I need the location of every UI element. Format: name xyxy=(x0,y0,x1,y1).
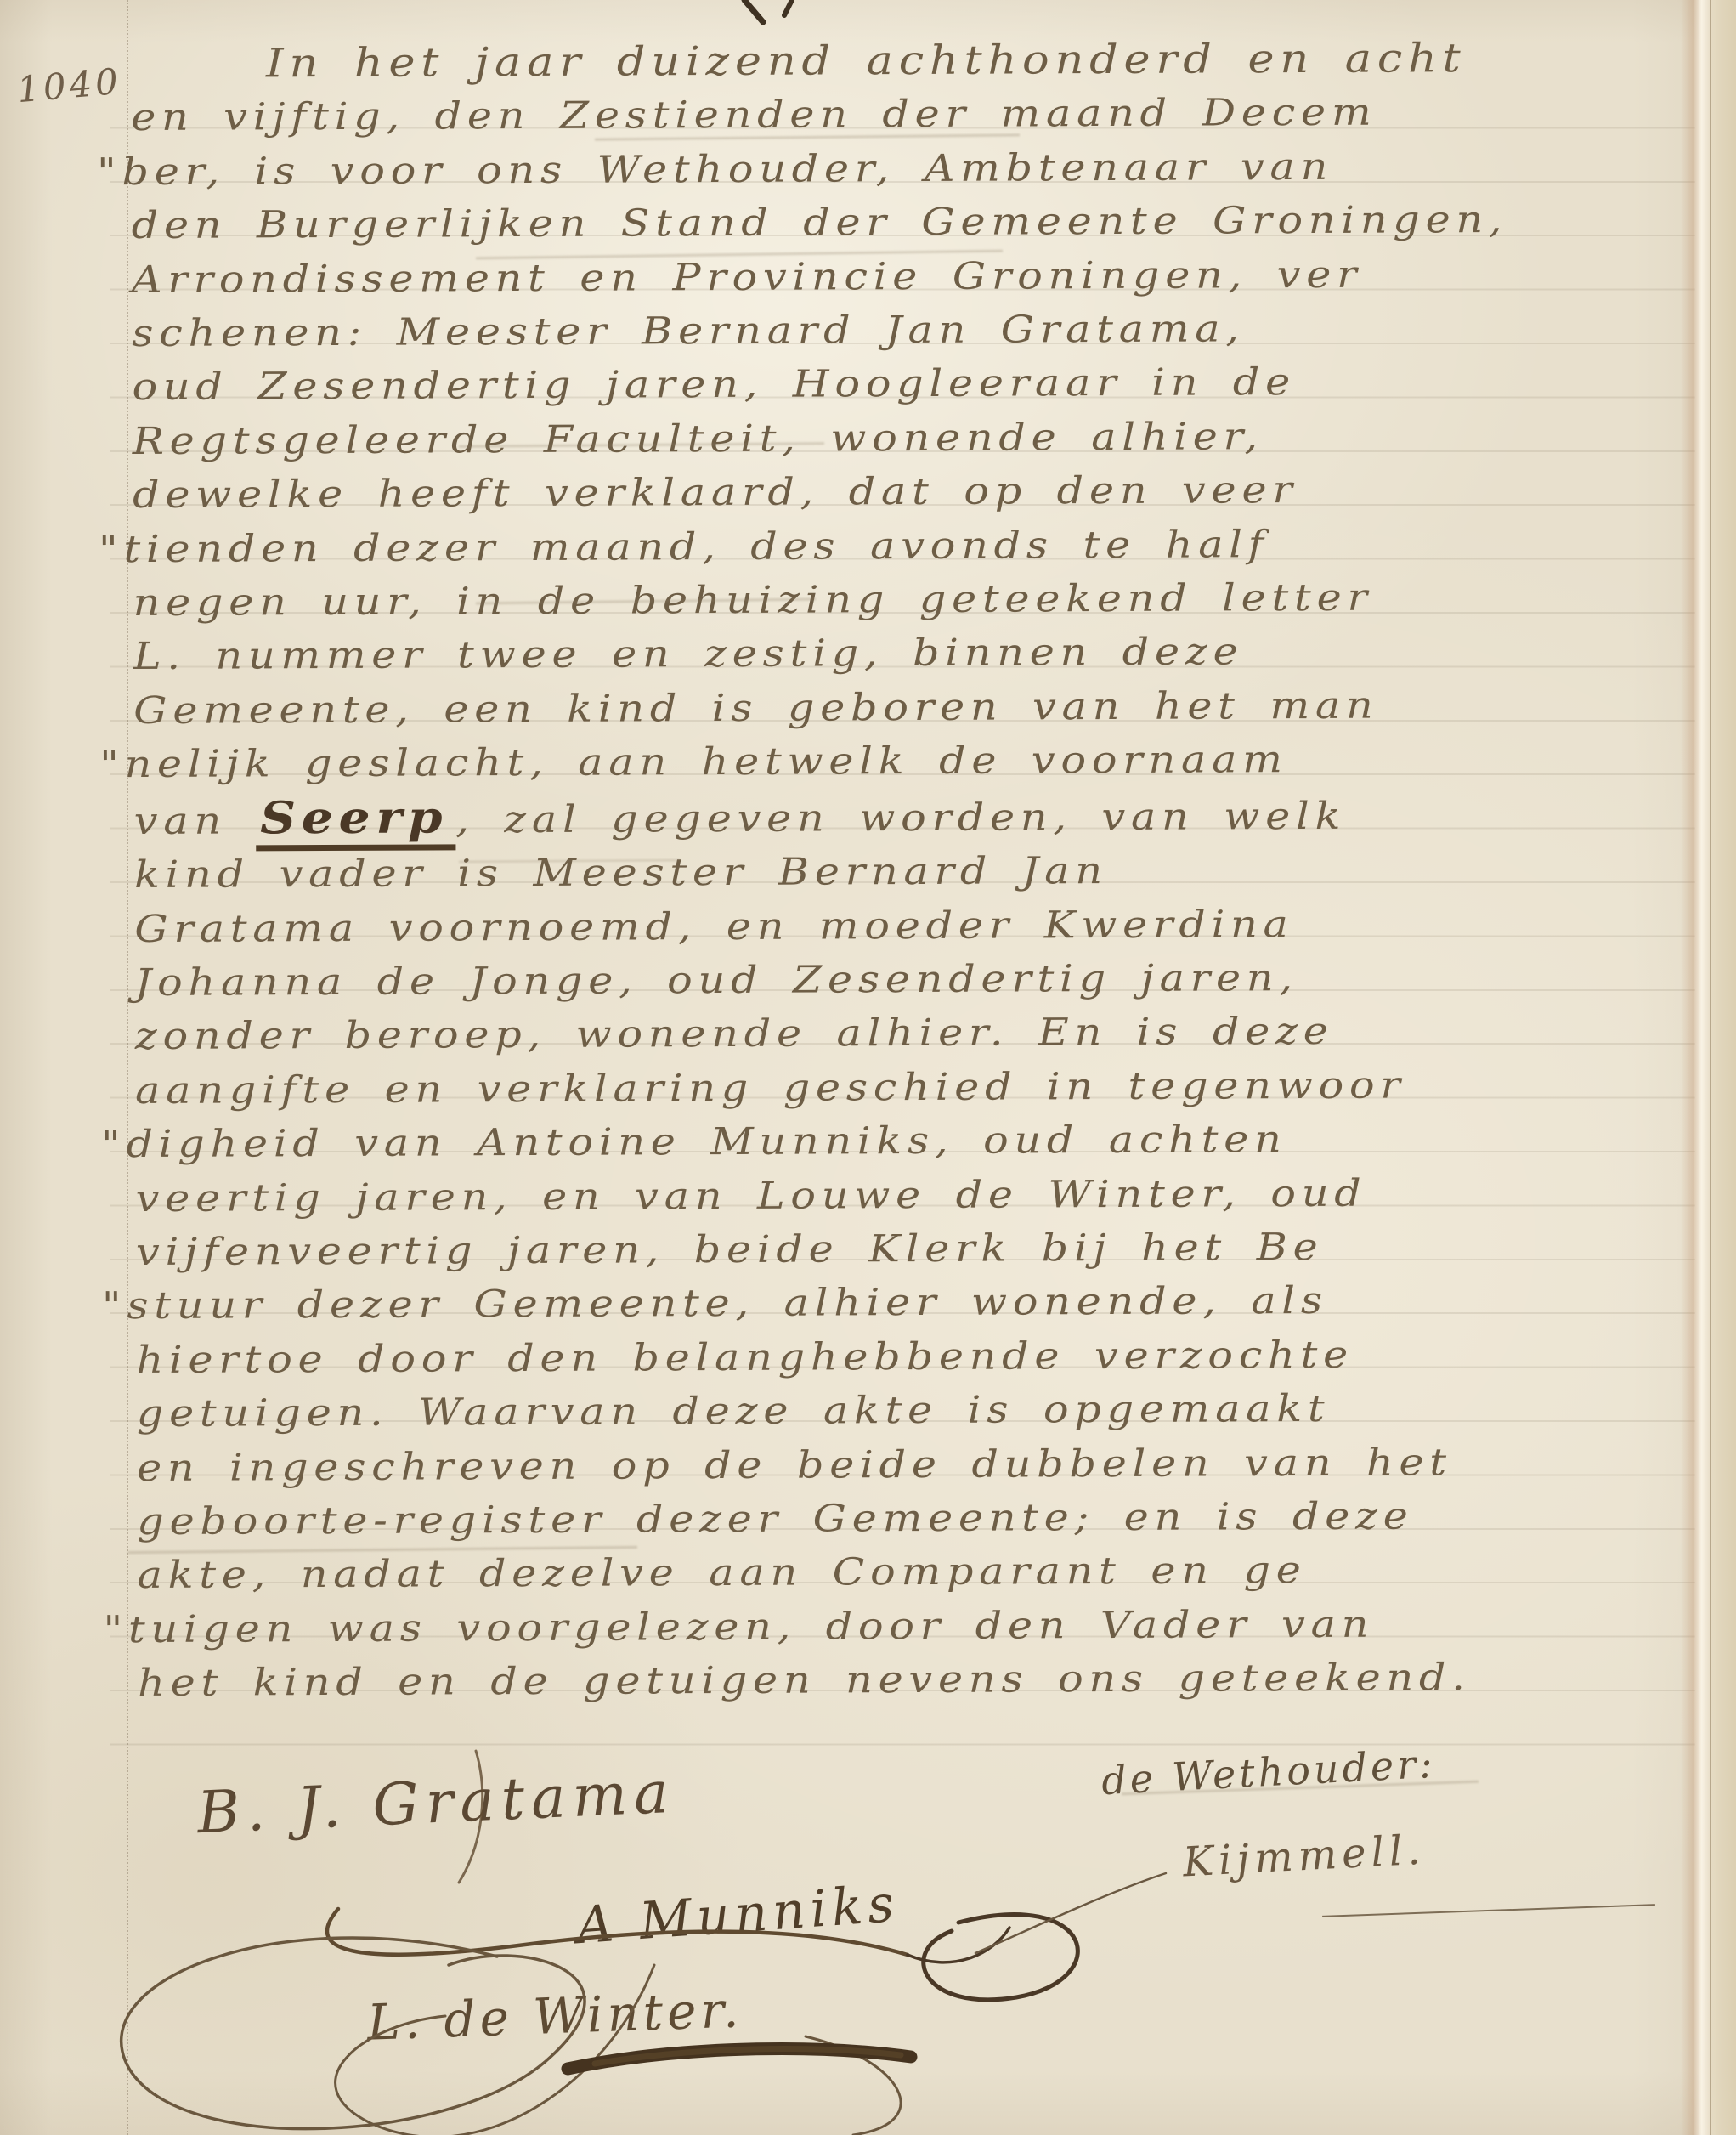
signature-flourishes xyxy=(0,0,1736,2135)
page-fold-edge xyxy=(1681,0,1710,2135)
scanned-birth-record-page: { "page": { "margin_number": "1040", "ac… xyxy=(0,0,1736,2135)
adjacent-page-sliver xyxy=(1710,0,1736,2135)
